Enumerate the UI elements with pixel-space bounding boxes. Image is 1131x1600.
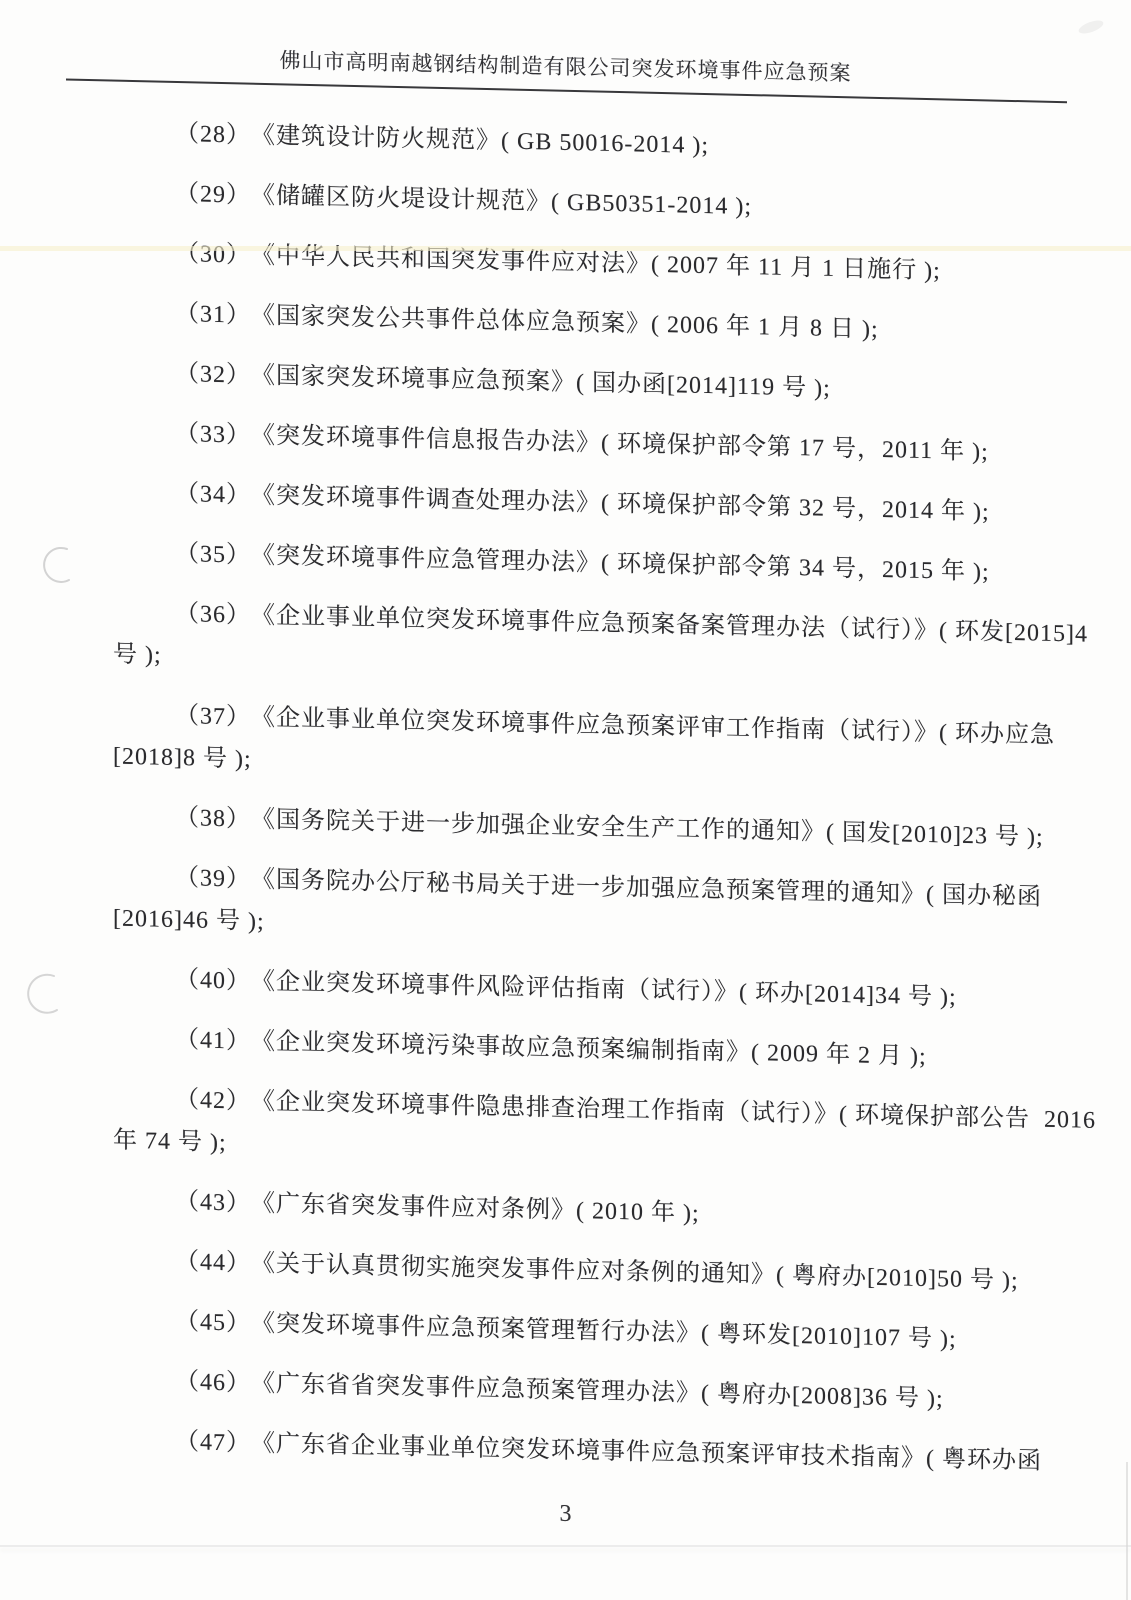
item-line: （41）《企业突发环境污染事故应急预案编制指南》( 2009 年 2 月 );: [113, 1018, 1031, 1081]
header-title: 佛山市高明南越钢结构制造有限公司突发环境事件应急预案: [0, 38, 1131, 94]
item-number: （33）: [175, 421, 251, 449]
list-item: （29）《储罐区防火堤设计规范》( GB50351-2014 );: [0, 169, 1131, 237]
item-number: （42）: [175, 1087, 251, 1115]
item-text: 《建筑设计防火规范》( GB 50016-2014 );: [263, 123, 709, 159]
list-item: （46）《广东省省突发事件应急预案管理办法》( 粤府办[2008]36 号 );: [0, 1357, 1131, 1425]
item-text: 《广东省省突发事件应急预案管理办法》( 粤府办[2008]36 号 );: [263, 1371, 944, 1412]
item-line: （33）《突发环境事件信息报告办法》( 环境保护部令第 17 号，2011 年 …: [113, 412, 1031, 475]
list-item: （34）《突发环境事件调查处理办法》( 环境保护部令第 32 号，2014 年 …: [0, 469, 1131, 537]
list-item: （43）《广东省突发事件应对条例》( 2010 年 );: [0, 1177, 1131, 1245]
item-text: 《企业突发环境污染事故应急预案编制指南》( 2009 年 2 月 );: [263, 1029, 927, 1070]
scan-edge-shadow: [0, 1545, 1131, 1547]
item-text: 《国家突发环境事应急预案》( 国办函[2014]119 号 );: [263, 363, 831, 402]
item-number: （46）: [175, 1369, 251, 1397]
list-item: （31）《国家突发公共事件总体应急预案》( 2006 年 1 月 8 日 );: [0, 289, 1131, 357]
list-item: （42）《企业突发环境事件隐患排查治理工作指南（试行）》( 环境保护部公告 20…: [0, 1075, 1131, 1185]
item-number: （32）: [175, 361, 251, 389]
item-number: （35）: [175, 541, 251, 569]
list-item: （28）《建筑设计防火规范》( GB 50016-2014 );: [0, 109, 1131, 177]
scan-smudge: [1077, 18, 1105, 36]
list-item: （40）《企业突发环境事件风险评估指南（试行）》( 环办[2014]34 号 )…: [0, 955, 1131, 1023]
hole-punch-mark-icon: [36, 544, 80, 593]
item-number: （28）: [175, 121, 251, 149]
item-number: （45）: [175, 1309, 251, 1337]
item-line: （35）《突发环境事件应急管理办法》( 环境保护部令第 34 号，2015 年 …: [113, 532, 1031, 595]
item-line: （30）《中华人民共和国突发事件应对法》( 2007 年 11 月 1 日施行 …: [113, 232, 1031, 295]
list-item: （39）《国务院办公厅秘书局关于进一步加强应急预案管理的通知》( 国办秘函[20…: [0, 853, 1131, 963]
list-item: （32）《国家突发环境事应急预案》( 国办函[2014]119 号 );: [0, 349, 1131, 417]
item-text: 《广东省突发事件应对条例》( 2010 年 );: [263, 1191, 700, 1227]
item-line: （44）《关于认真贯彻实施突发事件应对条例的通知》( 粤府办[2010]50 号…: [113, 1240, 1031, 1303]
scanned-document-page: 佛山市高明南越钢结构制造有限公司突发环境事件应急预案 （28）《建筑设计防火规范…: [0, 0, 1131, 1600]
item-text: 《国务院关于进一步加强企业安全生产工作的通知》( 国发[2010]23 号 );: [263, 807, 1044, 851]
hole-punch-mark-icon: [20, 970, 70, 1025]
list-item: （44）《关于认真贯彻实施突发事件应对条例的通知》( 粤府办[2010]50 号…: [0, 1237, 1131, 1305]
item-text: 《广东省企业事业单位突发环境事件应急预案评审技术指南》( 粤环办函: [263, 1431, 1042, 1475]
item-line: （29）《储罐区防火堤设计规范》( GB50351-2014 );: [113, 172, 1031, 235]
item-number: （40）: [175, 967, 251, 995]
item-text: 《企业突发环境事件风险评估指南（试行）》( 环办[2014]34 号 );: [263, 969, 957, 1011]
item-line: （28）《建筑设计防火规范》( GB 50016-2014 );: [113, 112, 1031, 175]
list-item: （38）《国务院关于进一步加强企业安全生产工作的通知》( 国发[2010]23 …: [0, 793, 1131, 861]
list-item: （36）《企业事业单位突发环境事件应急预案备案管理办法（试行）》( 环发[201…: [0, 589, 1131, 699]
item-line: （32）《国家突发环境事应急预案》( 国办函[2014]119 号 );: [113, 352, 1031, 415]
scan-edge-shadow: [1126, 1462, 1128, 1600]
item-line: （38）《国务院关于进一步加强企业安全生产工作的通知》( 国发[2010]23 …: [113, 796, 1031, 859]
item-text: 《突发环境事件应急管理办法》( 环境保护部令第 34 号，2015 年 );: [263, 543, 990, 585]
item-text: 《储罐区防火堤设计规范》( GB50351-2014 );: [263, 183, 752, 220]
item-line: （43）《广东省突发事件应对条例》( 2010 年 );: [113, 1180, 1031, 1243]
item-number: （29）: [175, 181, 251, 209]
item-text: 《国家突发公共事件总体应急预案》( 2006 年 1 月 8 日 );: [263, 303, 879, 343]
item-number: （38）: [175, 805, 251, 833]
list-item: （45）《突发环境事件应急预案管理暂行办法》( 粤环发[2010]107 号 )…: [0, 1297, 1131, 1365]
item-text: 《突发环境事件信息报告办法》( 环境保护部令第 17 号，2011 年 );: [263, 423, 989, 465]
item-line: （45）《突发环境事件应急预案管理暂行办法》( 粤环发[2010]107 号 )…: [113, 1300, 1031, 1363]
item-line: （34）《突发环境事件调查处理办法》( 环境保护部令第 32 号，2014 年 …: [113, 472, 1031, 535]
item-number: （41）: [175, 1027, 251, 1055]
printed-content: 佛山市高明南越钢结构制造有限公司突发环境事件应急预案 （28）《建筑设计防火规范…: [0, 0, 1131, 26]
item-line: （40）《企业突发环境事件风险评估指南（试行）》( 环办[2014]34 号 )…: [113, 958, 1031, 1021]
item-number: （37）: [175, 703, 251, 731]
item-number: （31）: [175, 301, 251, 329]
item-text: 《突发环境事件应急预案管理暂行办法》( 粤环发[2010]107 号 );: [263, 1311, 957, 1353]
list-item: （41）《企业突发环境污染事故应急预案编制指南》( 2009 年 2 月 );: [0, 1015, 1131, 1083]
item-line: （46）《广东省省突发事件应急预案管理办法》( 粤府办[2008]36 号 );: [113, 1360, 1031, 1423]
list-item: （37）《企业事业单位突发环境事件应急预案评审工作指南（试行）》( 环办应急[2…: [0, 691, 1131, 801]
list-item: （33）《突发环境事件信息报告办法》( 环境保护部令第 17 号，2011 年 …: [0, 409, 1131, 477]
item-number: （34）: [175, 481, 251, 509]
item-number: （44）: [175, 1249, 251, 1277]
scanner-band-artifact: [0, 246, 1131, 251]
list-item: （35）《突发环境事件应急管理办法》( 环境保护部令第 34 号，2015 年 …: [0, 529, 1131, 597]
item-line: （31）《国家突发公共事件总体应急预案》( 2006 年 1 月 8 日 );: [113, 292, 1031, 355]
list-item: （47）《广东省企业事业单位突发环境事件应急预案评审技术指南》( 粤环办函: [0, 1417, 1131, 1485]
item-number: （43）: [175, 1189, 251, 1217]
item-text: 《关于认真贯彻实施突发事件应对条例的通知》( 粤府办[2010]50 号 );: [263, 1251, 1019, 1294]
item-line: （47）《广东省企业事业单位突发环境事件应急预案评审技术指南》( 粤环办函: [113, 1420, 1031, 1483]
reference-list: （28）《建筑设计防火规范》( GB 50016-2014 );（29）《储罐区…: [0, 109, 1131, 1503]
list-item: （30）《中华人民共和国突发事件应对法》( 2007 年 11 月 1 日施行 …: [0, 229, 1131, 297]
item-text: 《突发环境事件调查处理办法》( 环境保护部令第 32 号，2014 年 );: [263, 483, 990, 525]
item-number: （39）: [175, 865, 251, 893]
item-number: （47）: [175, 1429, 251, 1457]
item-number: （36）: [175, 601, 251, 629]
